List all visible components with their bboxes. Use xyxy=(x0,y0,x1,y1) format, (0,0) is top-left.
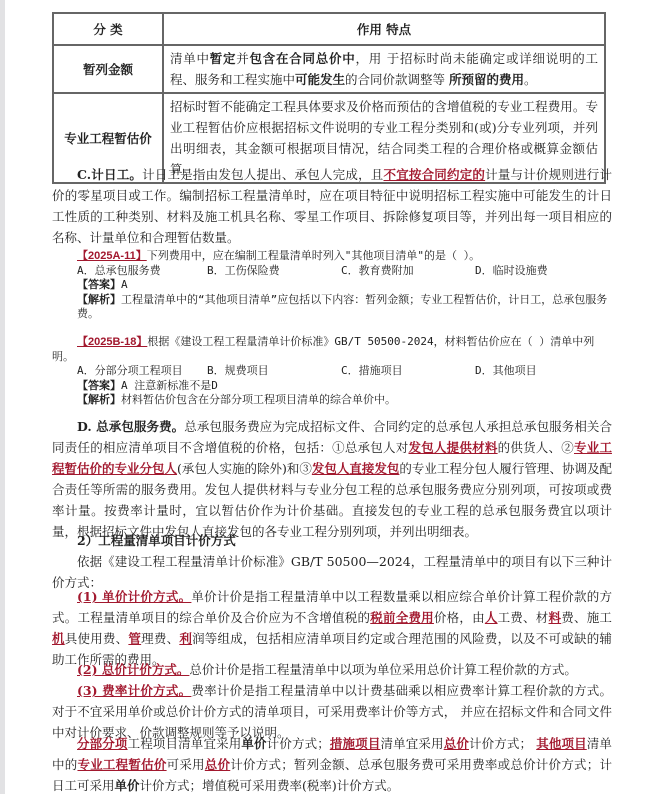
header-category: 分 类 xyxy=(53,13,163,45)
header-function: 作用 特点 xyxy=(163,13,605,45)
method-2-paragraph: (2) 总价计价方式。总价计价是指工程量清单中以项为单位采用总价计算工程价款的方… xyxy=(52,659,612,680)
bold-text: 单价 xyxy=(241,736,266,751)
text: 的供货人、② xyxy=(498,440,574,455)
option-a: A．总承包服务费 xyxy=(77,264,207,279)
text: 并 xyxy=(236,51,249,66)
text: 价格，由 xyxy=(434,610,485,625)
method-label: (2) 总价计价方式。 xyxy=(77,662,189,677)
option-c: C．措施项目 xyxy=(341,364,475,379)
section-c-paragraph: C.计日工。计日工是指由发包人提出、承包人完成，且不宜按合同约定的计量与计价规则… xyxy=(52,164,612,248)
option-d: D．临时设施费 xyxy=(475,264,548,279)
label: 【答案】 xyxy=(77,379,121,392)
answer: 【答案】A xyxy=(52,278,612,293)
highlight: 分部分项 xyxy=(77,736,128,751)
bold-text: 单价 xyxy=(115,778,140,793)
text: 。 xyxy=(524,72,537,87)
table-header-row: 分 类 作用 特点 xyxy=(53,13,605,45)
label: 【解析】 xyxy=(77,293,121,306)
section-2-heading: 2）工程量清单项目计价方式 xyxy=(52,530,612,551)
bold-text: 所预留的费用 xyxy=(449,72,524,87)
text: A 注意新标准不是D xyxy=(121,379,218,392)
text: 下列费用中，应在编制工程量清单时列入"其他项目清单"的是（ ）。 xyxy=(147,249,480,262)
text: 总价计价是指工程量清单中以项为单位采用总价计算工程价款的方式。 xyxy=(189,662,577,677)
highlight: 机 xyxy=(52,631,65,646)
answer: 【答案】A 注意新标准不是D xyxy=(52,379,612,394)
method-label: (1) 单价计价方式。 xyxy=(77,589,191,604)
highlight: 总价 xyxy=(444,736,469,751)
highlight: 料 xyxy=(549,610,562,625)
option-c: C．教育费附加 xyxy=(341,264,475,279)
left-page-edge xyxy=(0,0,5,794)
highlight: 其他项目 xyxy=(536,736,587,751)
option-b: B．规费项目 xyxy=(207,364,341,379)
method-label: (3) 费率计价方式。 xyxy=(77,683,191,698)
highlight: 发包人直接发包 xyxy=(312,461,400,476)
question-tag: 【2025A-11】 xyxy=(77,250,147,262)
text: (承包人实施的除外)和③ xyxy=(177,461,312,476)
section-d-paragraph: D. 总承包服务费。总承包服务费应为完成招标文件、合同约定的总承包人承担总承包服… xyxy=(52,416,612,542)
bold-text: 暂定 xyxy=(210,51,237,66)
text: 费、施工 xyxy=(561,610,612,625)
option-d: D．其他项目 xyxy=(475,364,537,379)
text: 材料暂估价包含在分部分项工程项目清单的综合单价中。 xyxy=(121,393,396,406)
label: 【答案】 xyxy=(77,278,121,291)
section-d-title: D. 总承包服务费。 xyxy=(77,419,184,434)
text: 清单宜采用 xyxy=(380,736,443,751)
question-tag: 【2025B-18】 xyxy=(77,336,147,348)
text: 计价方式； xyxy=(469,736,536,751)
text: 的合同价款调整等 xyxy=(345,72,449,87)
highlight: 专业工程暂估价 xyxy=(77,757,166,772)
options: A．分部分项工程项目 B．规费项目 C．措施项目 D．其他项目 xyxy=(52,364,612,379)
row-value: 清单中暂定并包含在合同总价中，用 于招标时尚未能确定或详细说明的工程、服务和工程… xyxy=(163,45,605,93)
highlight: 利 xyxy=(179,631,192,646)
table-row: 暂列金额 清单中暂定并包含在合同总价中，用 于招标时尚未能确定或详细说明的工程、… xyxy=(53,45,605,93)
bold-text: 可能发生 xyxy=(295,72,345,87)
options: A．总承包服务费 B．工伤保险费 C．教育费附加 D．临时设施费 xyxy=(52,264,612,279)
highlight: 不宜按合同约定的 xyxy=(383,167,485,182)
label: 【解析】 xyxy=(77,393,121,406)
highlight: 管 xyxy=(128,631,141,646)
method-1-paragraph: (1) 单价计价方式。单价计价是指工程量清单中以工程数量乘以相应综合单价计算工程… xyxy=(52,586,612,670)
heading: 2）工程量清单项目计价方式 xyxy=(77,533,236,548)
highlight: 税前全费用 xyxy=(370,610,434,625)
text: A xyxy=(121,278,128,291)
analysis: 【解析】工程量清单中的“其他项目清单”应包括以下内容：暂列金额；专业工程暂估价，… xyxy=(52,293,612,322)
text: 具使用费、 xyxy=(65,631,129,646)
summary-paragraph: 分部分项工程项目清单宜采用单价计价方式；措施项目清单宜采用总价计价方式； 其他项… xyxy=(52,733,612,794)
text: 计日工是指由发包人提出、承包人完成，且 xyxy=(142,167,383,182)
text: 清单中 xyxy=(170,51,210,66)
text: 可采用 xyxy=(167,757,205,772)
row-key: 暂列金额 xyxy=(53,45,163,93)
option-b: B．工伤保险费 xyxy=(207,264,341,279)
question-1: 【2025A-11】下列费用中，应在编制工程量清单时列入"其他项目清单"的是（ … xyxy=(52,249,612,322)
highlight: 人 xyxy=(485,610,498,625)
bold-text: 包含在合同总价中 xyxy=(250,51,356,66)
text: 计价方式； xyxy=(267,736,330,751)
question-stem: 【2025A-11】下列费用中，应在编制工程量清单时列入"其他项目清单"的是（ … xyxy=(52,249,612,264)
highlight: 发包人提供材料 xyxy=(408,440,497,455)
text: 计价方式；增值税可采用费率(税率)计价方式。 xyxy=(140,778,400,793)
analysis: 【解析】材料暂估价包含在分部分项工程项目清单的综合单价中。 xyxy=(52,393,612,408)
text: 工程量清单中的“其他项目清单”应包括以下内容：暂列金额；专业工程暂估价，计日工，… xyxy=(77,293,607,321)
highlight: 措施项目 xyxy=(330,736,381,751)
question-stem: 【2025B-18】根据《建设工程工程量清单计价标准》GB/T 50500-20… xyxy=(52,335,612,364)
section-c-title: C.计日工。 xyxy=(77,167,142,182)
question-2: 【2025B-18】根据《建设工程工程量清单计价标准》GB/T 50500-20… xyxy=(52,335,612,408)
text: 工费、材 xyxy=(498,610,549,625)
option-a: A．分部分项工程项目 xyxy=(77,364,207,379)
text: 工程项目清单宜采用 xyxy=(128,736,242,751)
text: 理费、 xyxy=(141,631,179,646)
highlight: 总价 xyxy=(205,757,230,772)
classification-table: 分 类 作用 特点 暂列金额 清单中暂定并包含在合同总价中，用 于招标时尚未能确… xyxy=(52,12,606,184)
